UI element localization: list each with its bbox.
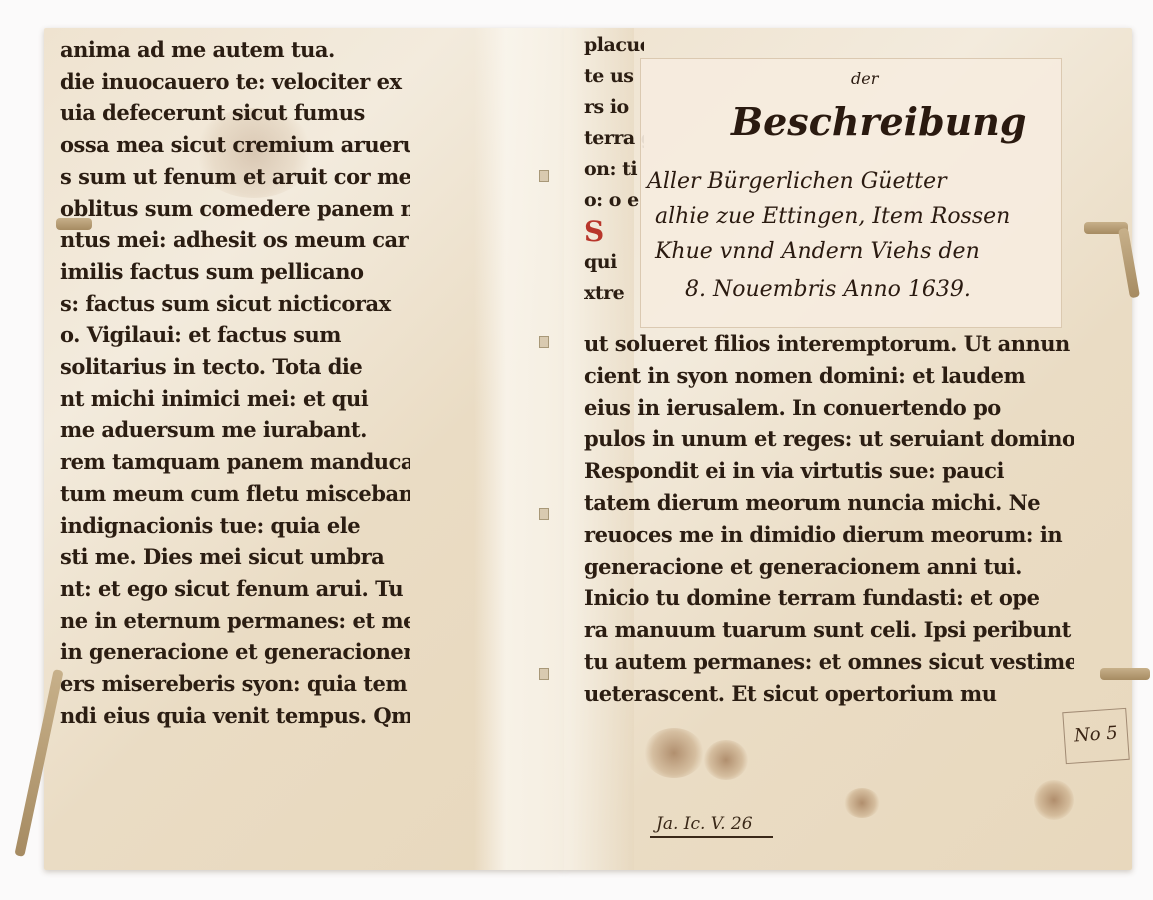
leather-tie-left — [56, 218, 92, 230]
ink-stain — [1034, 780, 1074, 820]
ink-stain — [704, 740, 748, 780]
shelfmark-number: No 5 — [1062, 708, 1129, 764]
text-line: Inicio tu domine terram fundasti: et ope — [584, 582, 1074, 614]
text-line: ra manuum tuarum sunt celi. Ipsi peribun… — [584, 614, 1074, 646]
text-line: reuoces me in dimidio dierum meorum: in — [584, 519, 1074, 551]
text-line: on: ti — [584, 154, 644, 185]
spine-stitch — [539, 336, 549, 348]
left-page-text: anima ad me autem tua. die inuocauero te… — [60, 34, 410, 731]
text-line: o. Vigilaui: et factus sum — [60, 319, 410, 351]
text-line: me aduersum me iurabant. — [60, 414, 410, 446]
text-line: nt michi inimici mei: et qui — [60, 383, 410, 415]
vellum-book-cover: anima ad me autem tua. die inuocauero te… — [44, 28, 1132, 870]
text-line: te us — [584, 61, 644, 92]
text-line: ne in eternum permanes: et memo — [60, 605, 410, 637]
text-line: placuerunt — [584, 30, 644, 61]
text-line: sti me. Dies mei sicut umbra — [60, 541, 410, 573]
text-line: eius in ierusalem. In conuertendo po — [584, 392, 1074, 424]
text-line: uia defecerunt sicut fumus — [60, 97, 410, 129]
text-line: s sum ut fenum et aruit cor me — [60, 161, 410, 193]
paper-title-label: der Beschreibung Aller Bürgerlichen Güet… — [640, 58, 1062, 328]
text-line: rs io — [584, 92, 644, 123]
text-line: in generacione et generacionem. — [60, 636, 410, 668]
text-line: terra gi — [584, 123, 644, 154]
text-line: indignacionis tue: quia ele — [60, 510, 410, 542]
text-line: imilis factus sum pellicano — [60, 256, 410, 288]
text-line: Respondit ei in via virtutis sue: pauci — [584, 455, 1074, 487]
label-line: Khue vnnd Andern Viehs den — [655, 239, 980, 264]
red-initial: S — [584, 216, 644, 247]
label-line: 8. Nouembris Anno 1639. — [685, 277, 971, 302]
text-line: anima ad me autem tua. — [60, 34, 410, 66]
text-line: rem tamquam panem manduca — [60, 446, 410, 478]
label-title: Beschreibung — [731, 99, 1026, 144]
ink-stain — [844, 788, 880, 818]
text-line: ers misereberis syon: quia tem — [60, 668, 410, 700]
text-line: generacione et generacionem anni tui. — [584, 551, 1074, 583]
label-line: Aller Bürgerlichen Güetter — [647, 169, 947, 194]
text-line: ndi eius quia venit tempus. Qm — [60, 700, 410, 732]
text-line: cient in syon nomen domini: et laudem — [584, 360, 1074, 392]
text-line: tum meum cum fletu miscebam. — [60, 478, 410, 510]
text-line: ossa mea sicut cremium aruerunt. — [60, 129, 410, 161]
ink-stain — [644, 728, 704, 778]
text-line: ueterascent. Et sicut opertorium mu — [584, 678, 1074, 710]
text-line: tatem dierum meorum nuncia michi. Ne — [584, 487, 1074, 519]
spine-stitch — [539, 170, 549, 182]
spine-stitch — [539, 668, 549, 680]
text-line: oblitus sum comedere panem meum. — [60, 193, 410, 225]
right-page-margin-text: placuerunt te us rs io terra gi on: ti o… — [584, 30, 644, 328]
label-superscript: der — [851, 69, 878, 88]
text-line: pulos in unum et reges: ut seruiant domi… — [584, 423, 1074, 455]
text-line: qui — [584, 247, 644, 278]
text-line: ntus mei: adhesit os meum car — [60, 224, 410, 256]
text-line: xtre — [584, 278, 644, 309]
text-line: solitarius in tecto. Tota die — [60, 351, 410, 383]
text-line: ut solueret filios interemptorum. Ut ann… — [584, 328, 1074, 360]
spine-stitch — [539, 508, 549, 520]
text-line: s: factus sum sicut nicticorax — [60, 288, 410, 320]
text-line: nt: et ego sicut fenum arui. Tu — [60, 573, 410, 605]
right-page-text: ut solueret filios interemptorum. Ut ann… — [584, 328, 1074, 710]
inscription: Ja. Ic. V. 26 — [650, 814, 773, 838]
leather-tie-right-lower — [1100, 668, 1150, 680]
text-line: die inuocauero te: velociter ex — [60, 66, 410, 98]
text-line: tu autem permanes: et omnes sicut vestim… — [584, 646, 1074, 678]
text-line: o: o e — [584, 185, 644, 216]
label-line: alhie zue Ettingen, Item Rossen — [655, 204, 1010, 229]
